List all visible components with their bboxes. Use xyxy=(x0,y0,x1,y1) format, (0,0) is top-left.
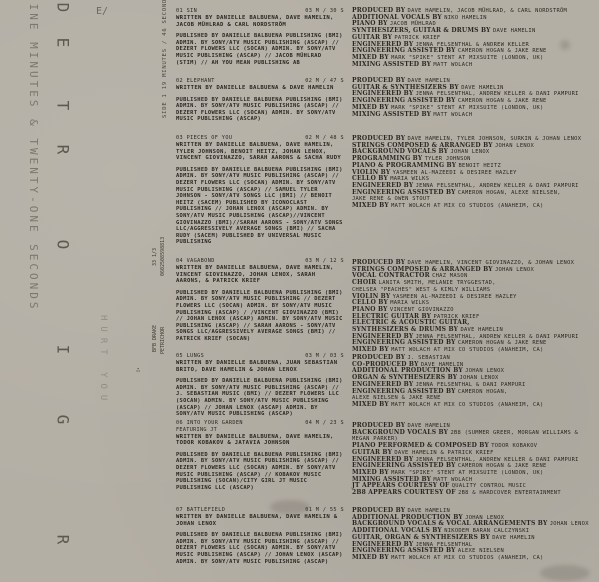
label-line-2: PETRICHOR xyxy=(160,327,166,354)
faint-vertical-text: HURT YOU xyxy=(98,315,108,406)
written-by: WRITTEN BY DANIELLE BALBUENA & DAVE HAME… xyxy=(176,85,344,92)
side-label: SIDE 1 19 MINUTES / 46 SECONDS xyxy=(162,0,168,118)
track-title: 07 BATTLEFIELD xyxy=(176,507,225,514)
published-by: PUBLISHED BY DANIELLE BALBUENA PUBLISHIN… xyxy=(176,97,344,123)
track-duration: 02 M / 47 S xyxy=(305,78,344,85)
credit-line: MIXING ASSISTED BY MATT WOLACH xyxy=(352,112,597,119)
track-duration: 03 M / 30 S xyxy=(305,8,344,15)
credit-role: MIXED BY xyxy=(352,401,391,408)
track-header: 07 BATTLEFIELD01 M / 55 S xyxy=(176,507,344,514)
published-by: PUBLISHED BY DANIELLE BALBUENA PUBLISHIN… xyxy=(176,532,344,565)
published-by: PUBLISHED BY DANIELLE BALBUENA PUBLISHIN… xyxy=(176,290,344,343)
ink-smudge xyxy=(560,40,570,50)
credit-line: ENGINEERING ASSISTED BY CAMERON HOGAN, A… xyxy=(352,190,597,197)
credit-line: MIXED BY MATT WOLACH AT MIX CO STUDIOS (… xyxy=(352,555,597,562)
liner-notes-sheet: NINE MINUTES & TWENTY-ONE SECONDS HURT Y… xyxy=(0,0,599,582)
ink-smudge xyxy=(270,500,310,514)
barcode-number: 0602508598813 xyxy=(160,237,166,276)
track-block: 01 SIN03 M / 30 SWRITTEN BY DANIELLE BAL… xyxy=(176,8,344,66)
track-block: 03 PIECES OF YOU02 M / 48 SWRITTEN BY DA… xyxy=(176,135,344,246)
written-by: WRITTEN BY DANIELLE BALBUENA, DAVE HAMEL… xyxy=(176,434,344,447)
track-featuring: FEATURING JT xyxy=(176,427,344,434)
catalog-number: 33 1/3 xyxy=(152,248,158,266)
published-by: PUBLISHED BY DANIELLE BALBUENA PUBLISHIN… xyxy=(176,452,344,492)
track-title: 04 VAGABOND xyxy=(176,258,215,265)
credit-role: CHOIR xyxy=(352,279,379,286)
written-by: WRITTEN BY DANIELLE BALBUENA, DAVE HAMEL… xyxy=(176,265,344,285)
credit-line: CHOIR LANITA SMITH, MELANIE TRYGGESTAD, xyxy=(352,280,597,287)
large-letter: T xyxy=(53,101,72,111)
credit-line: ENGINEERING ASSISTED BY CAMERON HOGAN, xyxy=(352,389,597,396)
large-letter: R xyxy=(53,145,72,155)
credit-role: BACKGROUND VOCALS BY xyxy=(352,429,450,436)
track-title: 06 INTO YOUR GARDEN xyxy=(176,420,243,427)
credit-role: MIXING ASSISTED BY xyxy=(352,61,433,68)
track-header: 06 INTO YOUR GARDEN04 M / 23 S xyxy=(176,420,344,427)
track-duration: 04 M / 23 S xyxy=(305,420,344,427)
large-letter: O xyxy=(53,240,72,250)
credit-line: MIXED BY MATT WOLACH AT MIX CO STUDIOS (… xyxy=(352,402,597,409)
credit-role: ENGINEERING ASSISTED BY xyxy=(352,388,458,395)
credit-line: BACKGROUND VOCALS BY 2B8 (SUMMER GREER, … xyxy=(352,430,597,437)
track-title: 03 PIECES OF YOU xyxy=(176,135,232,142)
published-by: PUBLISHED BY DANIELLE BALBUENA PUBLISHIN… xyxy=(176,167,344,246)
track-block: 07 BATTLEFIELD01 M / 55 SWRITTEN BY DANI… xyxy=(176,507,344,565)
credit-line: 2B8 APPEARS COURTESY OF 2B8 & HARDCOVER … xyxy=(352,490,597,497)
credits-block: PRODUCED BY DAVE HAMELIN, JACOB MÜHLRAD,… xyxy=(352,8,597,68)
large-letter: I xyxy=(53,345,72,355)
track-duration: 03 M / 12 S xyxy=(305,258,344,265)
top-fragment: E/ xyxy=(96,6,108,17)
credits-block: PRODUCED BY DAVE HAMELIN, TYLER JOHNSON,… xyxy=(352,136,597,210)
track-title: 05 LUNGS xyxy=(176,353,204,360)
dots-symbol: ∴ xyxy=(136,368,140,373)
credits-block: PRODUCED BY J. SEBASTIANCO-PRODUCED BY D… xyxy=(352,355,597,409)
track-header: 05 LUNGS03 M / 03 S xyxy=(176,353,344,360)
track-header: 01 SIN03 M / 30 S xyxy=(176,8,344,15)
credit-line: MIXED BY MATT WOLACH AT MIX CO STUDIOS (… xyxy=(352,203,597,210)
written-by: WRITTEN BY DANIELLE BALBUENA, DAVE HAMEL… xyxy=(176,15,344,28)
track-block: 02 ELEPHANT02 M / 47 SWRITTEN BY DANIELL… xyxy=(176,78,344,123)
vertical-title-fragment: NINE MINUTES & TWENTY-ONE SECONDS xyxy=(27,0,40,312)
track-header: 02 ELEPHANT02 M / 47 S xyxy=(176,78,344,85)
published-by: PUBLISHED BY DANIELLE BALBUENA PUBLISHIN… xyxy=(176,378,344,418)
credit-role: 2B8 APPEARS COURTESY OF xyxy=(352,489,458,496)
large-letter: E xyxy=(53,38,72,48)
credit-role: MIXED BY xyxy=(352,202,391,209)
large-letter: D xyxy=(53,3,72,13)
track-title: 01 SIN xyxy=(176,8,197,15)
credit-role: ENGINEERING ASSISTED BY xyxy=(352,189,458,196)
large-vertical-letters: D E T R O I G R xyxy=(58,0,78,582)
credits-block: PRODUCED BY DAVE HAMELIN, VINCENT GIOVIN… xyxy=(352,260,597,354)
written-by: WRITTEN BY DANIELLE BALBUENA, JUAN SEBAS… xyxy=(176,360,344,373)
credit-role: MIXING ASSISTED BY xyxy=(352,111,433,118)
track-header: 03 PIECES OF YOU02 M / 48 S xyxy=(176,135,344,142)
written-by: WRITTEN BY DANIELLE BALBUENA, DAVE HAMEL… xyxy=(176,514,344,527)
track-header: 04 VAGABOND03 M / 12 S xyxy=(176,258,344,265)
large-letter: G xyxy=(53,415,72,425)
track-block: 06 INTO YOUR GARDEN04 M / 23 SFEATURING … xyxy=(176,420,344,491)
credits-block: PRODUCED BY DAVE HAMELINBACKGROUND VOCAL… xyxy=(352,423,597,497)
credit-line: MIXING ASSISTED BY MATT WOLACH xyxy=(352,62,597,69)
credit-role: MIXED BY xyxy=(352,346,391,353)
track-duration: 01 M / 55 S xyxy=(305,507,344,514)
track-block: 04 VAGABOND03 M / 12 SWRITTEN BY DANIELL… xyxy=(176,258,344,343)
track-block: 05 LUNGS03 M / 03 SWRITTEN BY DANIELLE B… xyxy=(176,353,344,418)
credits-block: PRODUCED BY DAVE HAMELINADDITIONAL PRODU… xyxy=(352,508,597,562)
label-line-1: BFB DRAKE xyxy=(152,325,158,352)
track-duration: 03 M / 03 S xyxy=(305,353,344,360)
credits-block: PRODUCED BY DAVE HAMELINGUITAR & SYNTHES… xyxy=(352,78,597,118)
track-title: 02 ELEPHANT xyxy=(176,78,215,85)
track-duration: 02 M / 48 S xyxy=(305,135,344,142)
credit-role: MIXED BY xyxy=(352,554,391,561)
ink-smudge xyxy=(540,565,590,581)
credit-line: MIXED BY MATT WOLACH AT MIX CO STUDIOS (… xyxy=(352,347,597,354)
written-by: WRITTEN BY DANIELLE BALBUENA, DAVE HAMEL… xyxy=(176,142,344,162)
large-letter: R xyxy=(53,535,72,545)
published-by: PUBLISHED BY DANIELLE BALBUENA PUBLISHIN… xyxy=(176,33,344,66)
